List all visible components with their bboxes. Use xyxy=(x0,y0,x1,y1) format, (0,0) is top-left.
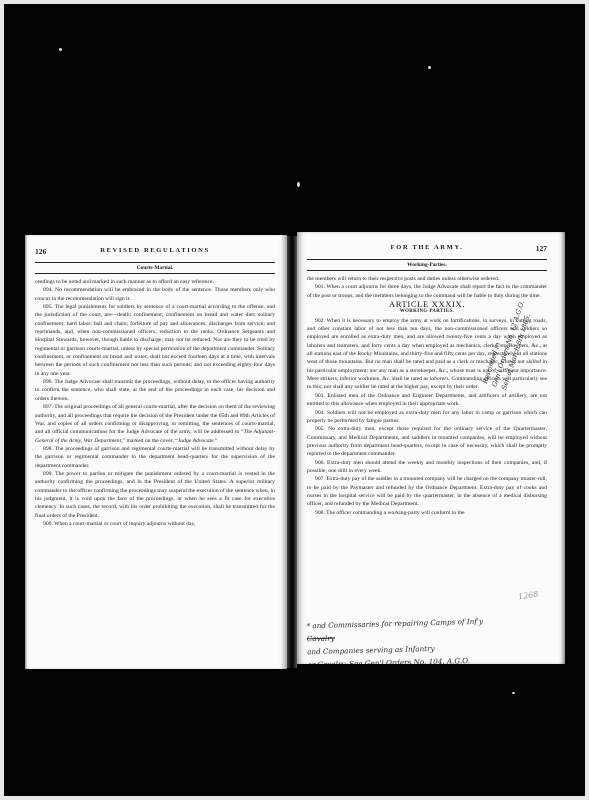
pencil-note: 1268 xyxy=(517,590,538,602)
dust-speck xyxy=(59,48,62,51)
paragraph: 895. The legal punishments for soldiers … xyxy=(35,303,275,378)
italic-text: laborers. xyxy=(430,376,450,382)
paragraph: 894. No recommendation will be embraced … xyxy=(35,286,275,303)
text-run: ” xyxy=(215,438,218,444)
running-head: 126 REVISED REGULATIONS xyxy=(35,247,275,259)
section-title: Courts-Martial. xyxy=(35,265,275,271)
dust-speck xyxy=(297,182,300,187)
paragraph: 904. Soldiers will not be employed as ex… xyxy=(307,409,547,426)
header-rule xyxy=(307,270,547,271)
dust-speck xyxy=(512,692,515,694)
header-rule xyxy=(35,262,275,263)
paragraph: 905. No extra-duty men, except those req… xyxy=(307,425,547,458)
paragraph: ceedings to be noted and marked in such … xyxy=(35,278,275,286)
text-run: 897. The original proceedings of all gen… xyxy=(35,404,275,435)
page-number: 127 xyxy=(536,244,547,253)
italic-text: Judge Advocate. xyxy=(178,438,215,444)
handwritten-bottom-note: * and Commissaries for repairing Camps o… xyxy=(306,615,484,664)
paragraph: 906. Extra-duty men should attend the we… xyxy=(307,459,547,476)
paragraph: 897. The original proceedings of all gen… xyxy=(35,403,275,445)
paragraph: 908. The officer commanding a working-pa… xyxy=(307,509,547,517)
running-head-title: REVISED REGULATIONS xyxy=(35,247,275,254)
dust-speck xyxy=(428,66,431,69)
left-page: 126 REVISED REGULATIONS Courts-Martial. … xyxy=(25,235,287,669)
running-head: FOR THE ARMY. 127 xyxy=(307,244,547,256)
running-head-title: FOR THE ARMY. xyxy=(307,244,547,251)
body-text: ceedings to be noted and marked in such … xyxy=(35,278,275,528)
text-run: ” marked on the cover, “ xyxy=(123,438,178,444)
paragraph: 899. The power to pardon or mitigate the… xyxy=(35,470,275,520)
header-rule xyxy=(35,273,275,274)
book-gutter xyxy=(287,236,297,668)
paragraph: 903. Enlisted men of the Ordnance and En… xyxy=(307,392,547,409)
paragraph: the members will return to their respect… xyxy=(307,275,547,283)
italic-text: skilled xyxy=(526,359,541,365)
paragraph: 900. When a court-martial or court of in… xyxy=(35,520,275,528)
header-rule xyxy=(307,259,547,260)
right-page: FOR THE ARMY. 127 Working-Parties. the m… xyxy=(297,232,565,664)
paragraph: 898. The proceedings of garrison and reg… xyxy=(35,445,275,470)
paragraph: 896. The Judge Advocate shall transmit t… xyxy=(35,378,275,403)
section-title: Working-Parties. xyxy=(307,262,547,268)
paragraph: 907. Extra-duty pay of the saddler in a … xyxy=(307,475,547,508)
